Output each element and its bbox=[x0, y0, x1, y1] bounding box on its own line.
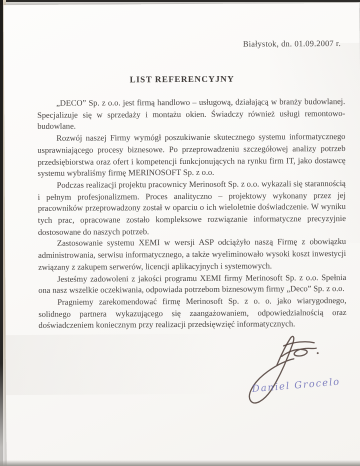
handwritten-signature-ink bbox=[234, 333, 322, 412]
paragraph-recommendation: Pragniemy zarekomendować firmę Merinosof… bbox=[38, 295, 346, 332]
paragraph-satisfaction: Jesteśmy zadowoleni z jakości programu X… bbox=[38, 272, 346, 297]
letter-body: „DECO” Sp. z o.o. jest firmą handlowo – … bbox=[37, 96, 346, 332]
paragraph-vendor-selection: Rozwój naszej Firmy wymógł poszukiwanie … bbox=[37, 131, 345, 180]
letter-place-date: Białystok, dn. 01.09.2007 r. bbox=[243, 39, 341, 49]
paragraph-project-execution: Podczas realizacji projektu pracownicy M… bbox=[38, 178, 346, 238]
letter-paper: Białystok, dn. 01.09.2007 r. LIST REFERE… bbox=[4, 3, 360, 466]
paragraph-company-intro: „DECO” Sp. z o.o. jest firmą handlowo – … bbox=[37, 96, 345, 133]
paragraph-xemi-asp-benefits: Zastosowanie systemu XEMI w wersji ASP o… bbox=[38, 236, 346, 273]
scan-edge-bottom bbox=[0, 460, 360, 466]
scanned-reference-letter: Białystok, dn. 01.09.2007 r. LIST REFERE… bbox=[0, 0, 360, 466]
